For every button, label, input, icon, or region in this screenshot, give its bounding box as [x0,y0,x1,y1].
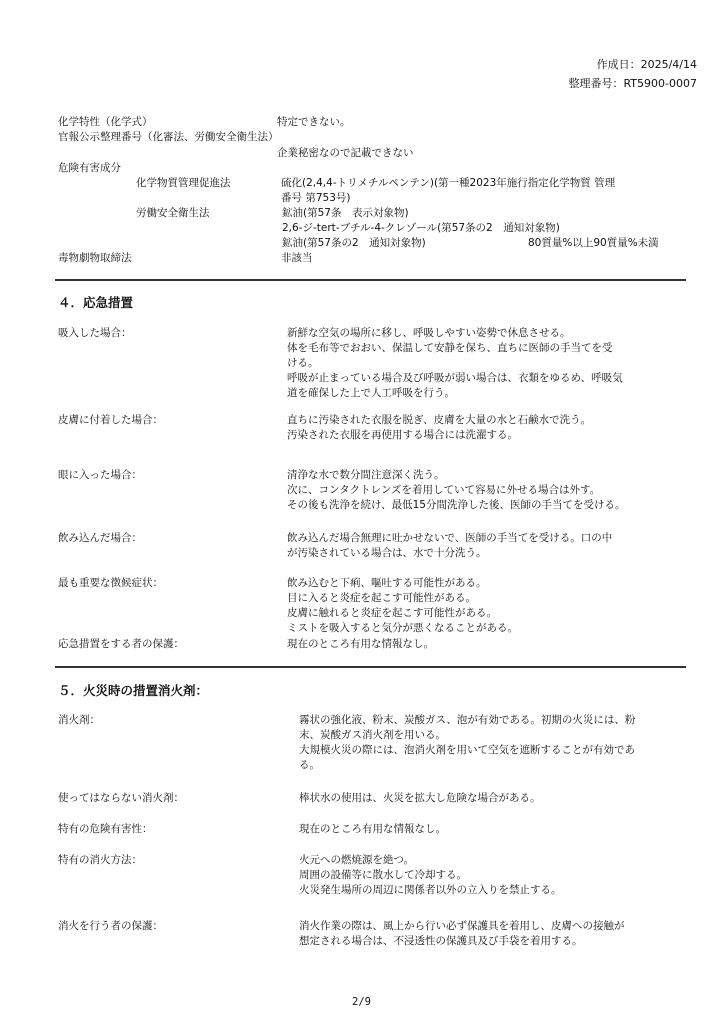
specific-hazards-value: 現在のところ有用な情報なし。 [299,822,446,837]
ingestion-value: 飲み込んだ場合無理に吐かせないで、医師の手当てを受ける。口の中 が汚染されている… [287,531,612,561]
page-number: 2/9 [0,995,723,1010]
ishl-concentration: 80質量%以上90質量%未満 [528,236,659,251]
ishl-law-value: 鉱油(第57条 表示対象物) 2,6-ジ-tert-ブチル-4-クレゾール(第5… [282,206,560,251]
hazardous-components-label: 危険有害成分 [58,161,121,176]
firefighting-method-label: 特有の消火方法： [58,853,142,868]
first-aider-protection-label: 応急措置をする者の保護： [58,637,184,652]
chemical-property-value: 特定できない。 [277,115,351,130]
symptoms-label: 最も重要な徴候症状： [58,576,163,591]
firefighter-protection-value: 消火作業の際は、風上から行い必ず保護具を着用し、皮膚への接触が 想定される場合は… [299,919,625,949]
chemical-property-label: 化学特性（化学式） [58,115,153,130]
section-4-title: ４．応急措置 [58,295,133,310]
first-aider-protection-value: 現在のところ有用な情報なし。 [287,637,434,652]
unsuitable-media-value: 棒状水の使用は、火災を拡大し危険な場合がある。 [299,791,541,806]
unsuitable-media-label: 使ってはならない消火剤： [58,791,184,806]
reference-number: 整理番号：RT5900-0007 [568,76,697,91]
extinguishing-media-label: 消火剤： [58,713,100,728]
skin-contact-value: 直ちに汚染された衣服を脱ぎ、皮膚を大量の水と石鹸水で洗う。 汚染された衣服を再使… [287,413,591,443]
extinguishing-media-value: 霧状の強化液、粉末、炭酸ガス、泡が有効である。初期の火災には、粉 末、炭酸ガス消… [299,713,635,773]
eye-contact-label: 眼に入った場合： [58,468,142,483]
skin-contact-label: 皮膚に付着した場合： [58,413,163,428]
ishl-law-label: 労働安全衛生法 [136,206,210,221]
ingestion-label: 飲み込んだ場合： [58,531,142,546]
specific-hazards-label: 特有の危険有害性： [58,822,153,837]
eye-contact-value: 清浄な水で数分間注意深く洗う。 次に、コンタクトレンズを着用していて容易に外せる… [287,468,625,513]
gazette-number-label: 官報公示整理番号（化審法、労働安全衛生法） [58,130,279,145]
poison-control-law-value: 非該当 [281,251,313,266]
inhalation-value: 新鮮な空気の場所に移し、呼吸しやすい姿勢で休息させる。 体を毛布等でおおい、保温… [287,326,623,401]
prtr-law-label: 化学物質管理促進法 [136,176,231,191]
prtr-law-value: 硫化(2,4,4-トリメチルペンテン)(第一種2023年施行指定化学物質 管理 … [281,176,615,206]
section-divider [55,666,686,668]
symptoms-value: 飲み込むと下痢、嘔吐する可能性がある。 目に入ると炎症を起こす可能性がある。 皮… [287,576,518,636]
poison-control-law-label: 毒物劇物取締法 [58,251,132,266]
firefighting-method-value: 火元への燃焼源を絶つ。 周囲の設備等に散水して冷却する。 火災発生場所の周辺に関… [299,853,562,898]
firefighter-protection-label: 消火を行う者の保護： [58,919,163,934]
inhalation-label: 吸入した場合： [58,326,132,341]
section-5-title: ５．火災時の措置消火剤： [58,683,208,698]
gazette-number-value: 企業秘密なので記載できない [277,146,414,161]
created-date: 作成日：2025/4/14 [597,57,697,72]
section-divider [55,279,686,281]
